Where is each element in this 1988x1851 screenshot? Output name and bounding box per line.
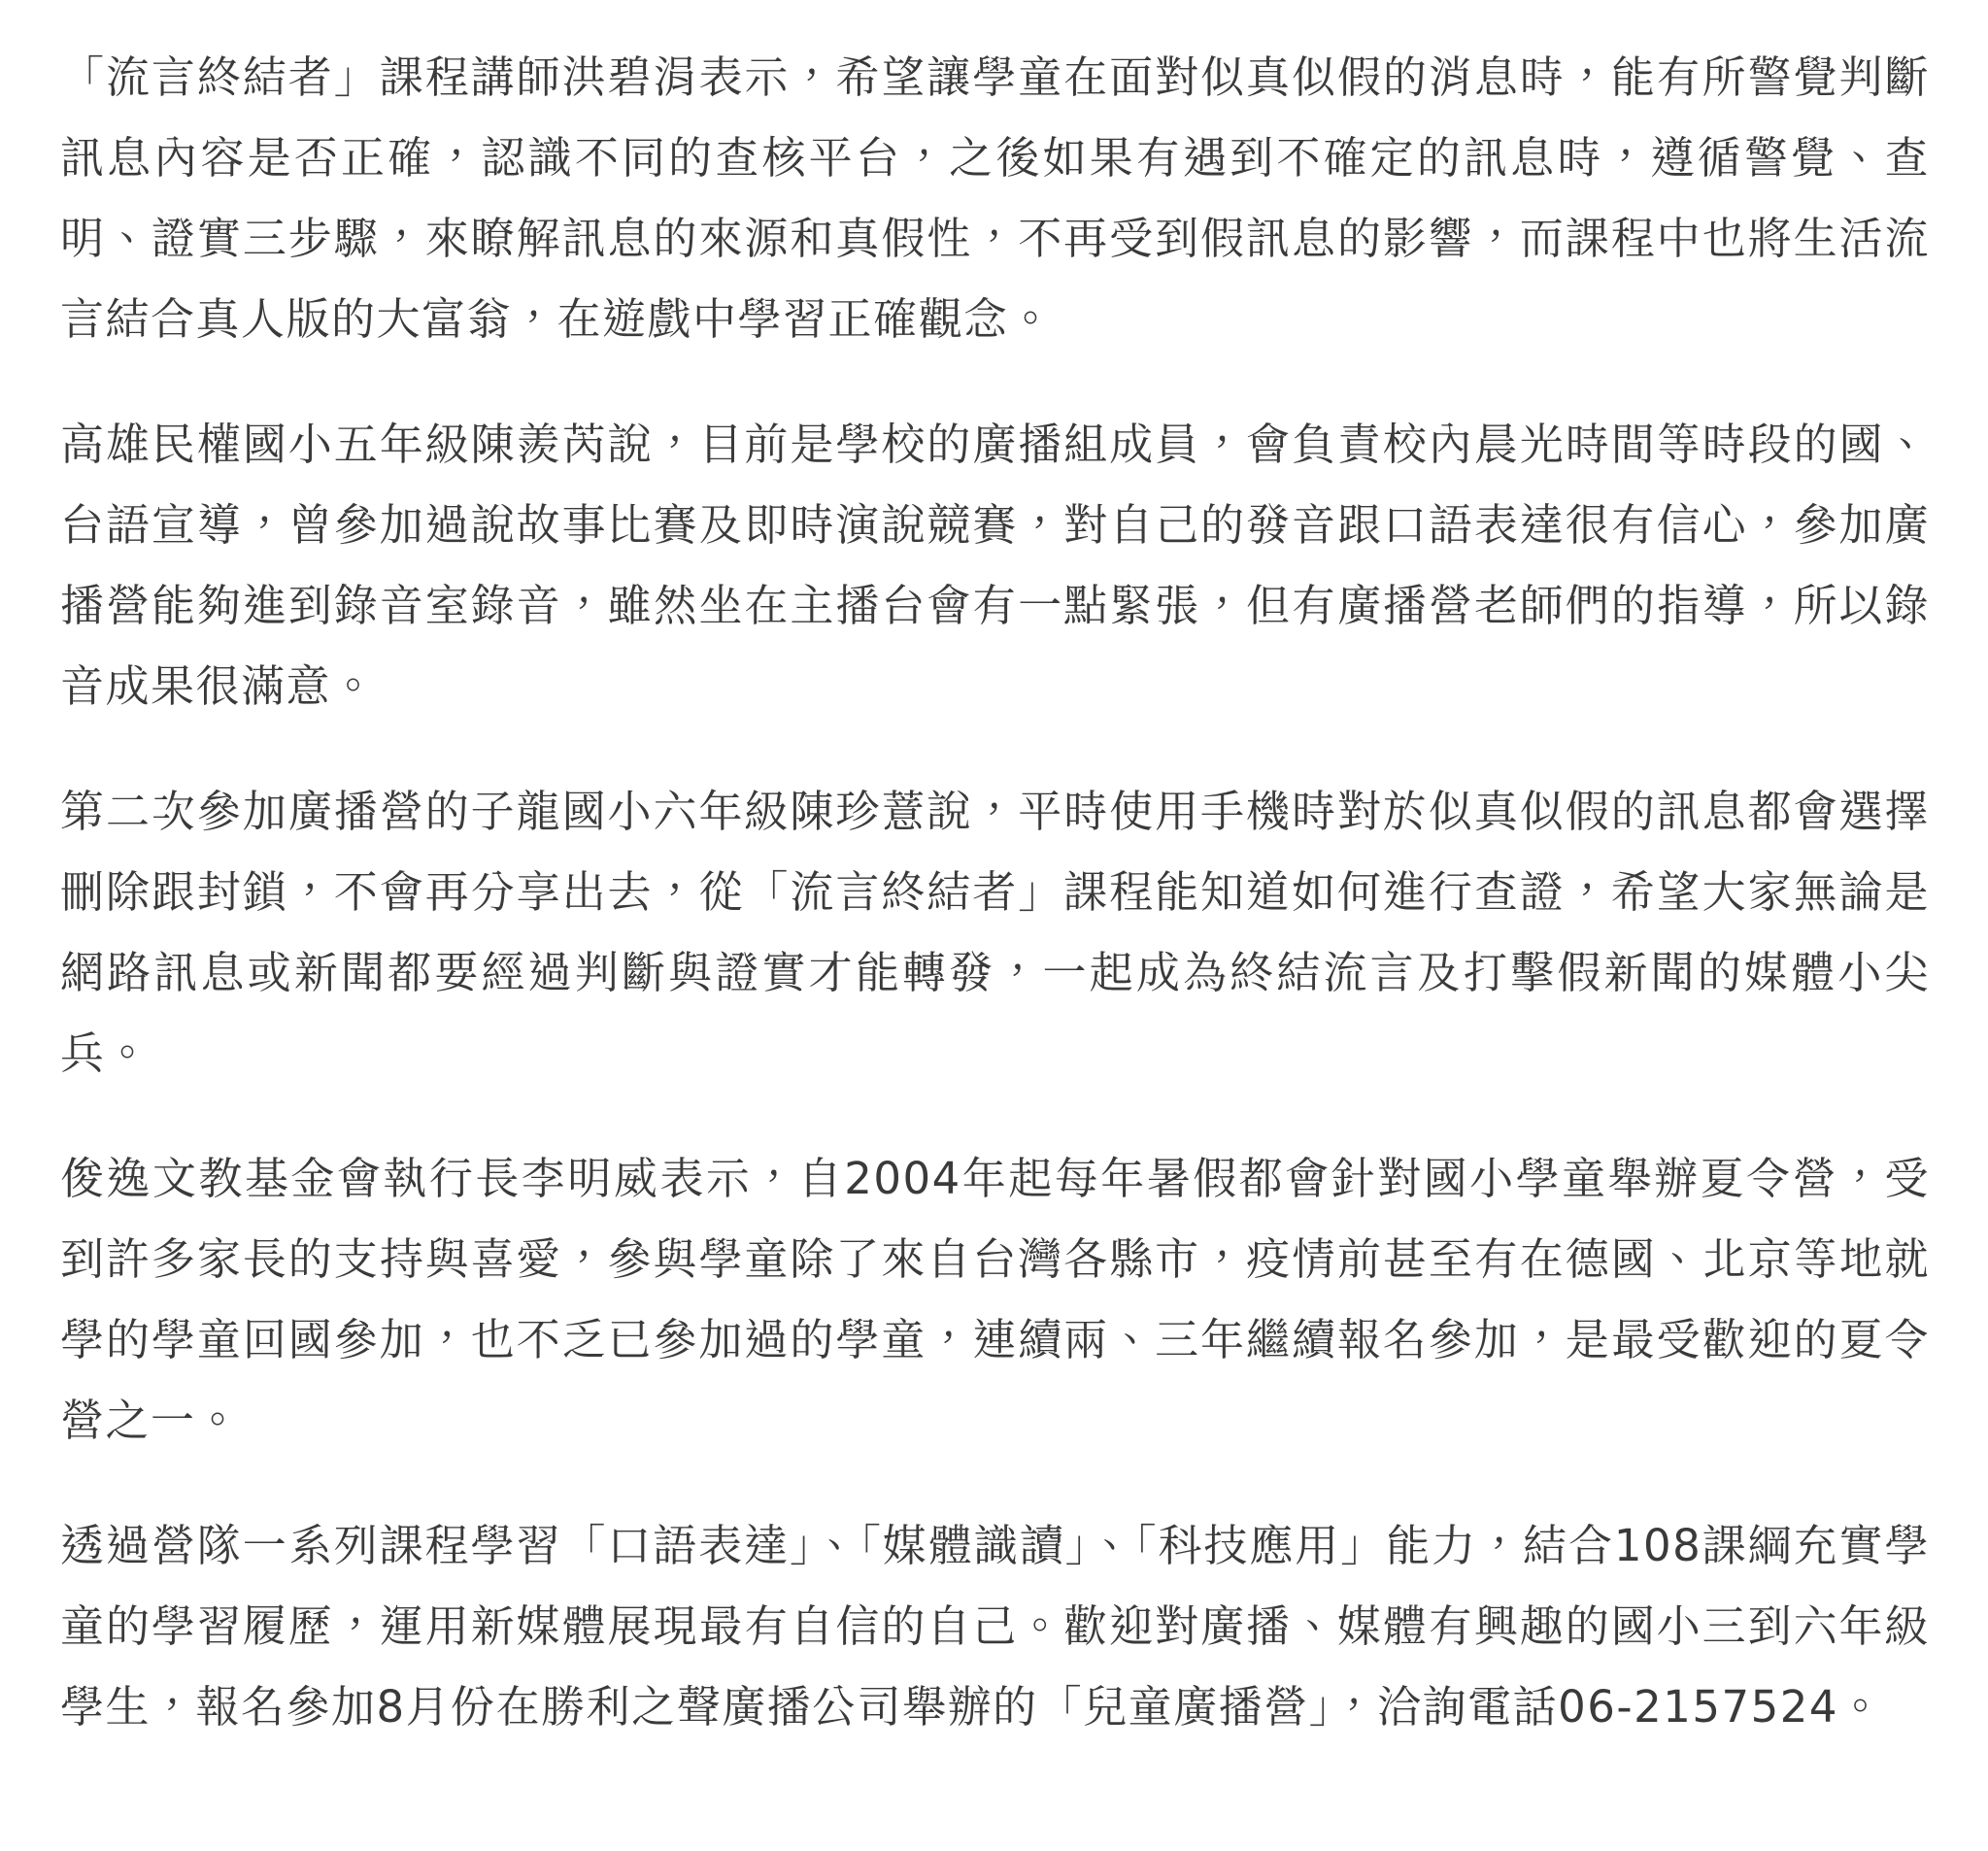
article-paragraph-4: 俊逸文教基金會執行長李明威表示，自2004年起每年暑假都會針對國小學童舉辦夏令營… [60,1138,1930,1461]
article-paragraph-3: 第二次參加廣播營的子龍國小六年級陳珍薏說，平時使用手機時對於似真似假的訊息都會選… [60,771,1930,1094]
article-paragraph-1: 「流言終結者」課程講師洪碧涓表示，希望讓學童在面對似真似假的消息時，能有所警覺判… [60,37,1930,359]
article-page: 「流言終結者」課程講師洪碧涓表示，希望讓學童在面對似真似假的消息時，能有所警覺判… [0,0,1988,1851]
article-paragraph-2: 高雄民權國小五年級陳羨芮說，目前是學校的廣播組成員，會負責校內晨光時間等時段的國… [60,404,1930,726]
article-body: 「流言終結者」課程講師洪碧涓表示，希望讓學童在面對似真似假的消息時，能有所警覺判… [0,0,1988,1786]
article-paragraph-5: 透過營隊一系列課程學習「口語表達」、「媒體識讀」、「科技應用」能力，結合108課… [60,1505,1930,1747]
